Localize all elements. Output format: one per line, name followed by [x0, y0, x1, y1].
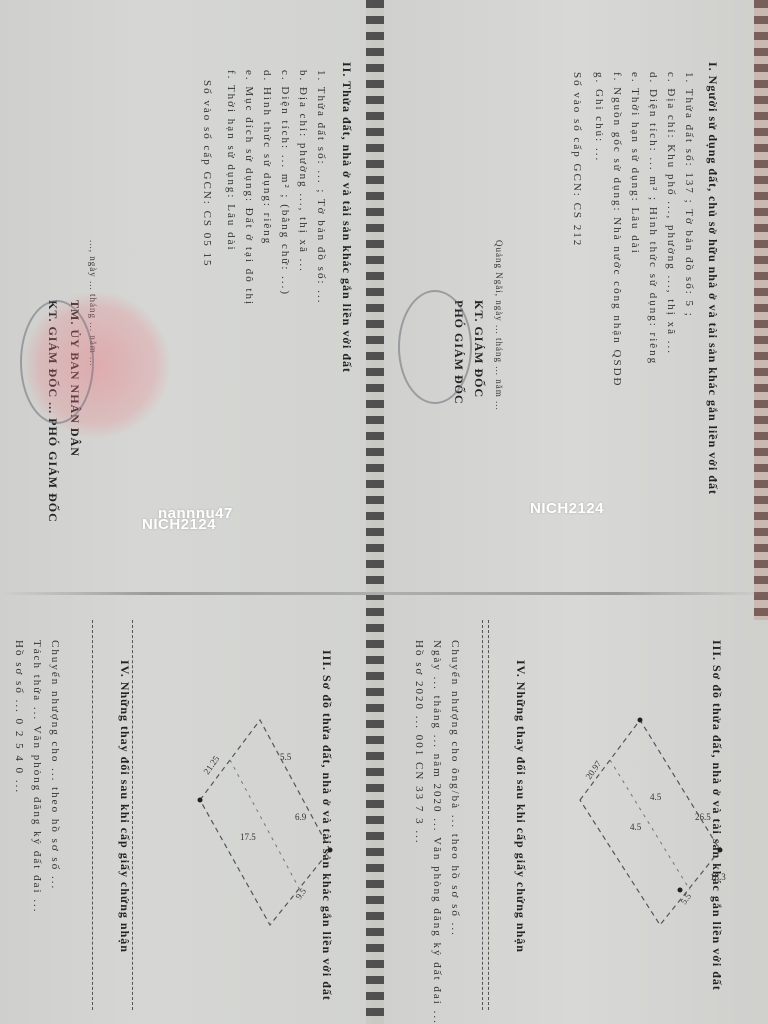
- svg-text:26.5: 26.5: [695, 812, 711, 822]
- change-line: Chuyển nhượng cho ... theo hồ sơ số ...: [48, 640, 62, 890]
- register-number: Số vào sổ cấp GCN: CS 212: [570, 72, 584, 247]
- section-heading-land: II. Thửa đất, nhà ở và tài sản khác gắn …: [340, 62, 354, 373]
- svg-text:4.5: 4.5: [630, 822, 642, 832]
- svg-text:5.5: 5.5: [280, 752, 292, 762]
- official-stamp: [20, 300, 94, 424]
- land-plot-diagram: 20.97 4.5 4.5 26.5 5.5 18.3: [560, 700, 730, 930]
- svg-text:4.5: 4.5: [650, 792, 662, 802]
- certificate-page-left: II. Thửa đất, nhà ở và tài sản khác gắn …: [0, 0, 372, 1024]
- svg-text:9.5: 9.5: [293, 886, 308, 901]
- land-line: f. Thời hạn sử dụng: Lâu dài: [224, 70, 238, 252]
- owner-line: e. Thời hạn sử dụng: Lâu dài: [628, 72, 642, 255]
- section-heading-changes: IV. Những thay đổi sau khi cấp giấy chứn…: [118, 660, 132, 953]
- section-heading-changes: IV. Những thay đổi sau khi cấp giấy chứn…: [514, 660, 528, 953]
- land-line: e. Mục đích sử dụng: Đất ở tại đô thị: [242, 70, 256, 306]
- owner-line: g. Ghi chú: ...: [592, 72, 606, 162]
- watermark: NICH2124: [530, 500, 604, 517]
- register-number: Số vào sổ cấp GCN: CS 05 15: [200, 80, 214, 268]
- changes-box-border: [92, 620, 93, 1010]
- official-stamp: [398, 290, 472, 404]
- change-line: Hồ sơ 2020 ... 001 CN 33 7 3 ...: [412, 640, 426, 845]
- svg-text:21.25: 21.25: [201, 753, 221, 776]
- owner-line: 1. Thửa đất số: 137 ; Tờ bản đồ số: 5 ;: [682, 72, 696, 318]
- changes-box-border: [132, 620, 133, 1010]
- change-line: Ngày ... tháng ... năm 2020 ... Văn phòn…: [430, 640, 444, 1024]
- change-line: Hồ sơ số ... 0 2 5 4 0 ...: [12, 640, 26, 794]
- svg-text:20.97: 20.97: [583, 758, 603, 781]
- signer-title: KT. GIÁM ĐỐC: [472, 300, 486, 398]
- svg-text:5.5: 5.5: [678, 891, 693, 906]
- changes-box-border: [482, 620, 483, 1010]
- svg-text:6.9: 6.9: [295, 812, 307, 822]
- owner-line: f. Nguồn gốc sử dụng: Nhà nước công nhận…: [610, 72, 624, 388]
- svg-text:17.5: 17.5: [240, 832, 256, 842]
- owner-line: c. Địa chỉ: Khu phố ..., phường ..., thị…: [664, 72, 678, 355]
- land-plot-diagram: 21.25 5.5 17.5 6.9 9.5: [180, 700, 350, 930]
- issue-place-date: Quảng Ngãi, ngày ... tháng ... năm ...: [492, 240, 506, 411]
- change-line: Tách thửa ... Văn phòng đăng ký đất đai …: [30, 640, 44, 914]
- page-edge: [754, 0, 768, 620]
- land-line: b. Địa chỉ: phường ..., thị xã ...: [296, 70, 310, 273]
- change-line: Chuyển nhượng cho ông/bà ... theo hồ sơ …: [448, 640, 462, 937]
- svg-text:18.3: 18.3: [710, 872, 726, 882]
- land-line: c. Diện tích: ... m² ; (bằng chữ: ...): [278, 70, 292, 296]
- land-line: 1. Thửa đất số: ... ; Tờ bản đồ số: ...: [314, 70, 328, 305]
- land-line: d. Hình thức sử dụng: riêng: [260, 70, 274, 245]
- book-spine: [366, 0, 384, 1024]
- owner-line: d. Diện tích: ... m² ; Hình thức sử dụng…: [646, 72, 660, 365]
- watermark: NICH2124: [142, 516, 216, 533]
- changes-box-border: [488, 620, 489, 1010]
- page-fold: [0, 592, 768, 595]
- section-heading-owner: I. Người sử dụng đất, chủ sở hữu nhà ở v…: [706, 62, 720, 495]
- certificate-page-right: I. Người sử dụng đất, chủ sở hữu nhà ở v…: [384, 0, 768, 1024]
